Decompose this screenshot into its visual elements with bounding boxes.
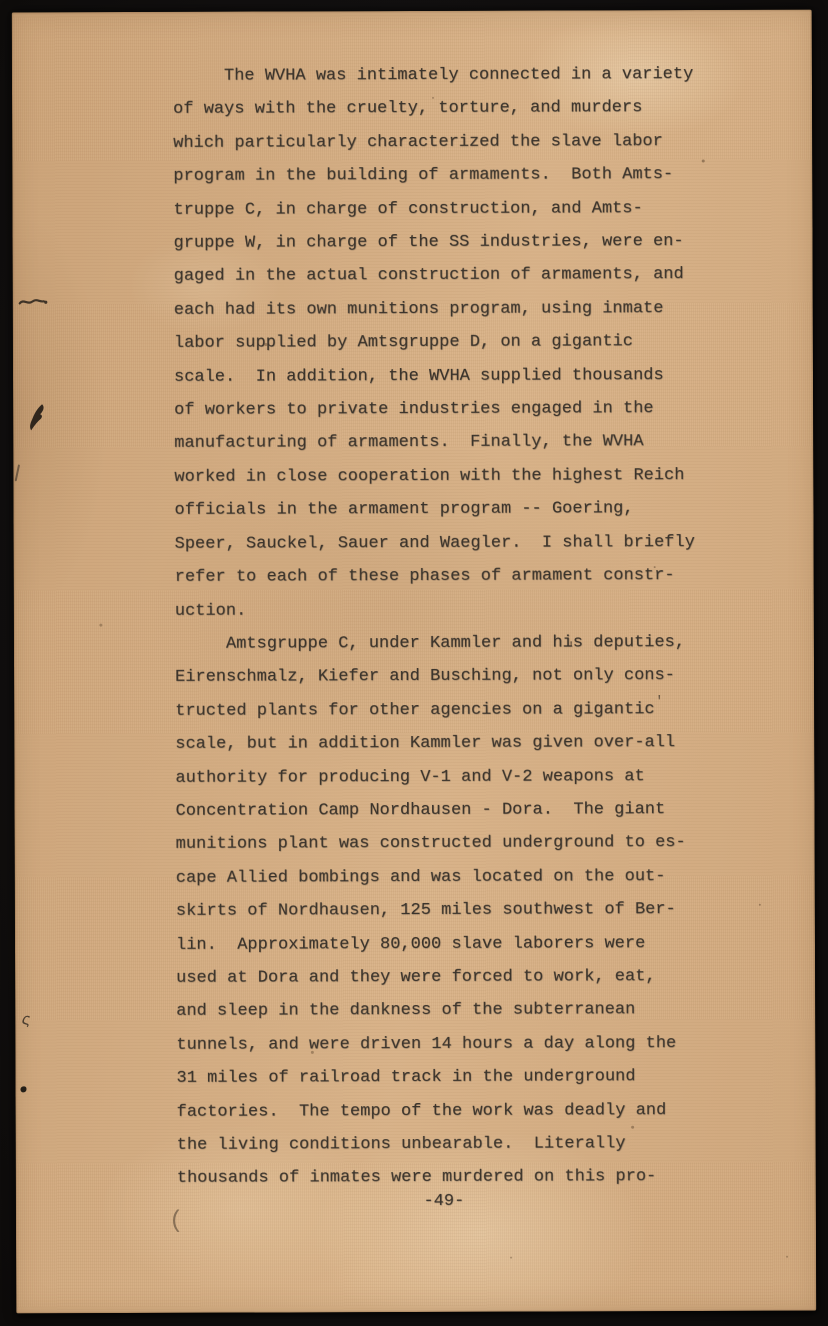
text-line: lin. Approximately 80,000 slave laborers… [176, 927, 710, 962]
text-line: Eirenschmalz, Kiefer and Busching, not o… [175, 659, 709, 694]
text-line: worked in close cooperation with the hig… [174, 459, 708, 494]
text-line: authority for producing V-1 and V-2 weap… [175, 760, 709, 795]
text-line: skirts of Nordhausen, 125 miles southwes… [176, 893, 710, 928]
text-line: each had its own munitions program, usin… [174, 292, 708, 327]
text-line: gruppe W, in charge of the SS industries… [173, 225, 707, 260]
pen-curl-mark: ς [21, 1011, 31, 1029]
text-line: Amtsgruppe C, under Kammler and his depu… [175, 626, 709, 661]
text-line: Speer, Sauckel, Sauer and Waegler. I sha… [175, 526, 709, 561]
text-line: scale. In addition, the WVHA supplied th… [174, 359, 708, 394]
text-line: refer to each of these phases of armamen… [175, 559, 709, 594]
text-line: tructed plants for other agencies on a g… [175, 693, 709, 728]
ink-squiggle-mark [18, 295, 50, 309]
text-line: gaged in the actual construction of arma… [174, 258, 708, 293]
text-line: used at Dora and they were forced to wor… [176, 960, 710, 995]
text-line: tunnels, and were driven 14 hours a day … [176, 1027, 710, 1062]
text-line: officials in the armament program -- Goe… [174, 492, 708, 527]
text-line: The WVHA was intimately connected in a v… [173, 58, 707, 93]
text-line: of ways with the cruelty, torture, and m… [173, 91, 707, 126]
scan-background: The WVHA was intimately connected in a v… [0, 0, 828, 1326]
paper-specks [12, 12, 14, 14]
text-line: 31 miles of railroad track in the underg… [176, 1060, 710, 1095]
text-line: of workers to private industries engaged… [174, 392, 708, 427]
ink-dot-mark [20, 1086, 26, 1092]
text-line: factories. The tempo of the work was dea… [177, 1094, 711, 1129]
text-line: cape Allied bombings and was located on … [176, 860, 710, 895]
text-line: manufacturing of armaments. Finally, the… [174, 425, 708, 460]
ink-blob-mark [27, 403, 49, 431]
document-page: The WVHA was intimately connected in a v… [12, 10, 817, 1314]
text-line: truppe C, in charge of construction, and… [173, 192, 707, 227]
text-line: labor supplied by Amtsgruppe D, on a gig… [174, 325, 708, 360]
text-line: and sleep in the dankness of the subterr… [176, 993, 710, 1028]
text-line: which particularly characterized the sla… [173, 125, 707, 160]
text-line: scale, but in addition Kammler was given… [175, 726, 709, 761]
text-line: Concentration Camp Nordhausen - Dora. Th… [175, 793, 709, 828]
text-line: program in the building of armaments. Bo… [173, 158, 707, 193]
pen-slash-mark [15, 464, 20, 481]
text-line: munitions plant was constructed undergro… [176, 826, 710, 861]
page-number: -49- [177, 1191, 711, 1213]
typed-lines: The WVHA was intimately connected in a v… [173, 58, 711, 1196]
text-line: uction. [175, 592, 709, 627]
text-line: the living conditions unbearable. Litera… [177, 1127, 711, 1162]
